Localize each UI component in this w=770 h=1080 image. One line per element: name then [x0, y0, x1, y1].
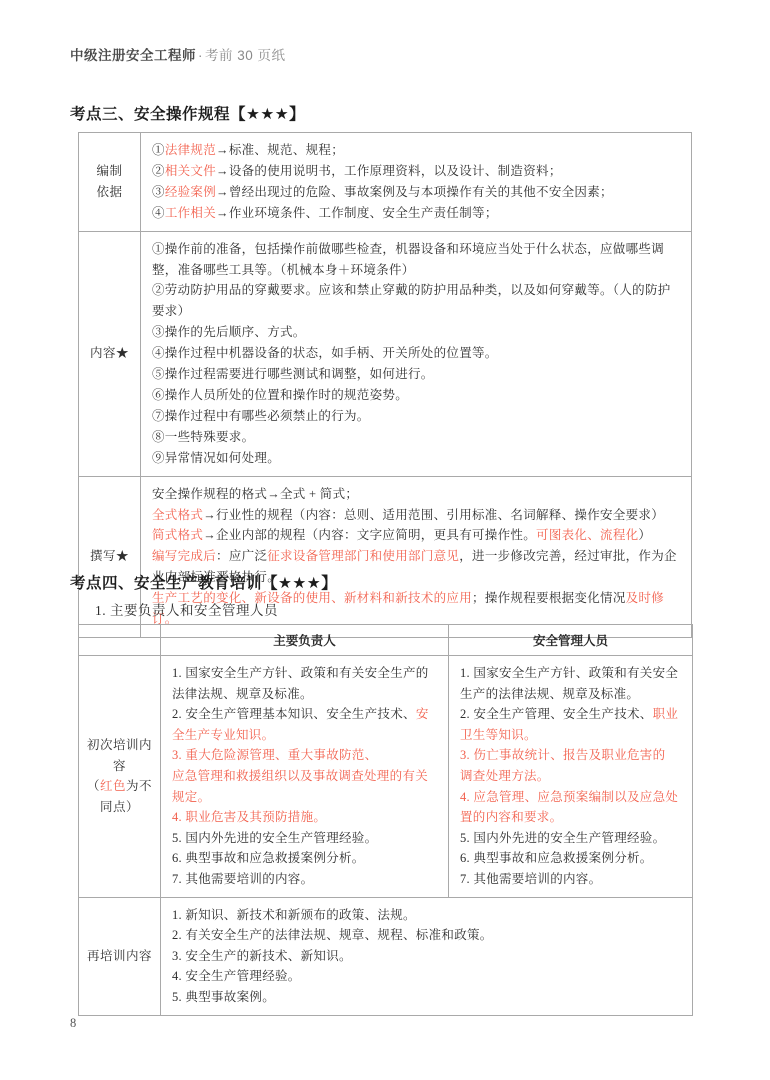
- column-header: [79, 625, 161, 656]
- text-segment: ⑧一些特殊要求。: [152, 430, 254, 444]
- text-segment: ⑤操作过程需要进行哪些测试和调整，如何进行。: [152, 367, 434, 381]
- page-number: 8: [70, 1016, 76, 1031]
- section3-title: 考点三、安全操作规程【★★★】: [70, 102, 305, 124]
- text-line: ④操作过程中机器设备的状态，如手柄、开关所处的位置等。: [152, 343, 681, 364]
- text-segment: →曾经出现过的危险、事故案例及与本项操作有关的其他不安全因素；: [216, 185, 613, 199]
- text-segment: 撰写★: [90, 549, 129, 563]
- text-segment: →标准、规范、规程；: [216, 143, 344, 157]
- text-line: 1. 新知识、新技术和新颁布的政策、法规。: [172, 905, 682, 926]
- red-highlight-text: 调查处理方法。: [460, 769, 550, 783]
- text-line: 5. 国内外先进的安全生产管理经验。: [172, 828, 438, 849]
- table-row: 再培训内容1. 新知识、新技术和新颁布的政策、法规。2. 有关安全生产的法律法规…: [79, 897, 693, 1015]
- safety-operating-rules-table: 编制依据①法律规范→标准、规范、规程；②相关文件→设备的使用说明书，工作原理资料…: [78, 132, 692, 638]
- text-line: 7. 其他需要培训的内容。: [172, 869, 438, 890]
- text-segment: 1. 国家安全生产方针、政策和有关安全生产的法律法规、规章及标准。: [172, 666, 429, 701]
- table-cell: 1. 新知识、新技术和新颁布的政策、法规。2. 有关安全生产的法律法规、规章、规…: [161, 897, 693, 1015]
- text-line: 4. 应急管理、应急预案编制以及应急处置的内容和要求。: [460, 787, 682, 828]
- text-segment: 5. 典型事故案例。: [172, 990, 275, 1004]
- column-header: 安全管理人员: [449, 625, 693, 656]
- text-segment: ③: [152, 185, 165, 199]
- red-highlight-text: 3. 重大危险源管理、重大事故防范、: [172, 748, 377, 762]
- doc-header-title: 中级注册安全工程师: [70, 48, 196, 63]
- text-segment: 2. 安全生产管理基本知识、安全生产技术、: [172, 707, 416, 721]
- section4-title: 考点四、安全生产教育培训【★★★】: [70, 571, 337, 593]
- text-segment: 初次培训内容: [87, 738, 152, 773]
- text-line: ⑦操作过程中有哪些必须禁止的行为。: [152, 406, 681, 427]
- text-line: 3. 安全生产的新技术、新知识。: [172, 946, 682, 967]
- safety-training-table-body: 主要负责人安全管理人员初次培训内容（红色为不同点）1. 国家安全生产方针、政策和…: [79, 625, 693, 1016]
- row-label: 编制依据: [79, 133, 141, 232]
- text-segment: →设备的使用说明书，工作原理资料，以及设计、制造资料；: [216, 164, 562, 178]
- row-label: 初次培训内容（红色为不同点）: [79, 656, 161, 898]
- text-line: 2. 安全生产管理基本知识、安全生产技术、安全生产专业知识。: [172, 704, 438, 745]
- text-line: 应急管理和救援组织以及事故调查处理的有关规定。: [172, 766, 438, 807]
- table-cell: ①法律规范→标准、规范、规程；②相关文件→设备的使用说明书，工作原理资料，以及设…: [141, 133, 692, 232]
- text-segment: ⑦操作过程中有哪些必须禁止的行为。: [152, 409, 370, 423]
- text-segment: ①: [152, 143, 165, 157]
- text-line: 调查处理方法。: [460, 766, 682, 787]
- row-label-line: 撰写★: [81, 546, 138, 567]
- table-row: 内容★①操作前的准备，包括操作前做哪些检查，机器设备和环境应当处于什么状态，应做…: [79, 231, 692, 476]
- text-segment: 编制: [96, 164, 122, 178]
- red-highlight-text: 简式格式: [152, 528, 203, 542]
- table-row: 编制依据①法律规范→标准、规范、规程；②相关文件→设备的使用说明书，工作原理资料…: [79, 133, 692, 232]
- row-label: 内容★: [79, 231, 141, 476]
- table-cell: 1. 国家安全生产方针、政策和有关安全生产的法律法规、规章及标准。2. 安全生产…: [161, 656, 449, 898]
- text-segment: （: [87, 779, 100, 793]
- text-segment: 5. 国内外先进的安全生产管理经验。: [172, 831, 377, 845]
- red-highlight-text: 工作相关: [165, 206, 216, 220]
- red-highlight-text: 征求设备管理部门和使用部门意见: [267, 549, 459, 563]
- text-line: ①法律规范→标准、规范、规程；: [152, 140, 681, 161]
- text-segment: ：应广泛: [216, 549, 267, 563]
- text-line: 6. 典型事故和应急救援案例分析。: [460, 848, 682, 869]
- red-highlight-text: 全式格式: [152, 508, 203, 522]
- row-label-line: （红色为不同点）: [81, 776, 158, 817]
- text-segment: ④: [152, 206, 165, 220]
- row-label-line: 依据: [81, 182, 138, 203]
- text-segment: 7. 其他需要培训的内容。: [172, 872, 313, 886]
- text-segment: 内容★: [90, 346, 129, 360]
- text-line: 2. 安全生产管理、安全生产技术、职业卫生等知识。: [460, 704, 682, 745]
- red-highlight-text: 4. 职业危害及其预防措施。: [172, 810, 326, 824]
- text-line: 5. 国内外先进的安全生产管理经验。: [460, 828, 682, 849]
- text-segment: 1. 国家安全生产方针、政策和有关安全生产的法律法规、规章及标准。: [460, 666, 678, 701]
- safety-operating-rules-table-body: 编制依据①法律规范→标准、规范、规程；②相关文件→设备的使用说明书，工作原理资料…: [79, 133, 692, 638]
- doc-header-subtitle: 考前 30 页纸: [205, 48, 286, 63]
- red-highlight-text: 相关文件: [165, 164, 216, 178]
- text-segment: →行业性的规程（内容：总则、适用范围、引用标准、名词解释、操作安全要求）: [203, 508, 664, 522]
- text-segment: 6. 典型事故和应急救援案例分析。: [172, 851, 365, 865]
- text-segment: 安全操作规程的格式→全式 + 简式；: [152, 487, 358, 501]
- text-line: 5. 典型事故案例。: [172, 987, 682, 1008]
- text-line: 1. 国家安全生产方针、政策和有关安全生产的法律法规、规章及标准。: [172, 663, 438, 704]
- text-segment: 6. 典型事故和应急救援案例分析。: [460, 851, 653, 865]
- safety-training-table: 主要负责人安全管理人员初次培训内容（红色为不同点）1. 国家安全生产方针、政策和…: [78, 624, 693, 1016]
- text-segment: 1. 新知识、新技术和新颁布的政策、法规。: [172, 908, 416, 922]
- text-line: ⑨异常情况如何处理。: [152, 448, 681, 469]
- text-segment: →作业环境条件、工作制度、安全生产责任制等；: [216, 206, 498, 220]
- red-highlight-text: 经验案例: [165, 185, 216, 199]
- table-header-row: 主要负责人安全管理人员: [79, 625, 693, 656]
- text-line: ③经验案例→曾经出现过的危险、事故案例及与本项操作有关的其他不安全因素；: [152, 182, 681, 203]
- table-cell: ①操作前的准备，包括操作前做哪些检查，机器设备和环境应当处于什么状态，应做哪些调…: [141, 231, 692, 476]
- red-highlight-text: 编写完成后: [152, 549, 216, 563]
- doc-header-separator: ·: [198, 48, 203, 63]
- row-label: 再培训内容: [79, 897, 161, 1015]
- row-label-line: 编制: [81, 161, 138, 182]
- text-line: 7. 其他需要培训的内容。: [460, 869, 682, 890]
- red-highlight-text: 可图表化、流程化: [536, 528, 638, 542]
- text-segment: ①操作前的准备，包括操作前做哪些检查，机器设备和环境应当处于什么状态，应做哪些调…: [152, 242, 664, 277]
- text-line: 6. 典型事故和应急救援案例分析。: [172, 848, 438, 869]
- text-segment: 再培训内容: [87, 949, 152, 963]
- text-line: 全式格式→行业性的规程（内容：总则、适用范围、引用标准、名词解释、操作安全要求）: [152, 505, 681, 526]
- text-line: ①操作前的准备，包括操作前做哪些检查，机器设备和环境应当处于什么状态，应做哪些调…: [152, 239, 681, 281]
- row-label-line: 再培训内容: [81, 946, 158, 967]
- text-segment: ⑥操作人员所处的位置和操作时的规范姿势。: [152, 388, 408, 402]
- text-segment: ⑨异常情况如何处理。: [152, 451, 280, 465]
- row-label-line: 初次培训内容: [81, 735, 158, 776]
- text-segment: ③操作的先后顺序、方式。: [152, 325, 306, 339]
- text-line: ⑤操作过程需要进行哪些测试和调整，如何进行。: [152, 364, 681, 385]
- text-line: 4. 安全生产管理经验。: [172, 966, 682, 987]
- red-highlight-text: 应急管理和救援组织以及事故调查处理的有关规定。: [172, 769, 428, 804]
- red-highlight-text: 3. 伤亡事故统计、报告及职业危害的: [460, 748, 665, 762]
- row-label-line: 内容★: [81, 343, 138, 364]
- text-segment: ）: [638, 528, 651, 542]
- text-line: ②劳动防护用品的穿戴要求。应该和禁止穿戴的防护用品种类，以及如何穿戴等。（人的防…: [152, 280, 681, 322]
- text-segment: 5. 国内外先进的安全生产管理经验。: [460, 831, 665, 845]
- text-segment: 7. 其他需要培训的内容。: [460, 872, 601, 886]
- text-line: ④工作相关→作业环境条件、工作制度、安全生产责任制等；: [152, 203, 681, 224]
- text-segment: ④操作过程中机器设备的状态，如手柄、开关所处的位置等。: [152, 346, 498, 360]
- text-line: 3. 伤亡事故统计、报告及职业危害的: [460, 745, 682, 766]
- text-segment: 依据: [96, 185, 122, 199]
- text-line: ⑧一些特殊要求。: [152, 427, 681, 448]
- red-highlight-text: 4. 应急管理、应急预案编制以及应急处置的内容和要求。: [460, 790, 678, 825]
- text-segment: ②劳动防护用品的穿戴要求。应该和禁止穿戴的防护用品种类，以及如何穿戴等。（人的防…: [152, 283, 671, 318]
- text-segment: ②: [152, 164, 165, 178]
- text-segment: ；操作规程要根据变化情况: [472, 591, 626, 605]
- text-line: ③操作的先后顺序、方式。: [152, 322, 681, 343]
- text-segment: →企业内部的规程（内容：文字应简明，更具有可操作性。: [203, 528, 536, 542]
- table-row: 初次培训内容（红色为不同点）1. 国家安全生产方针、政策和有关安全生产的法律法规…: [79, 656, 693, 898]
- text-line: 安全操作规程的格式→全式 + 简式；: [152, 484, 681, 505]
- text-line: 简式格式→企业内部的规程（内容：文字应简明，更具有可操作性。可图表化、流程化）: [152, 525, 681, 546]
- table-cell: 1. 国家安全生产方针、政策和有关安全生产的法律法规、规章及标准。2. 安全生产…: [449, 656, 693, 898]
- text-line: ⑥操作人员所处的位置和操作时的规范姿势。: [152, 385, 681, 406]
- document-page: 中级注册安全工程师·考前 30 页纸 考点三、安全操作规程【★★★】 编制依据①…: [0, 0, 770, 1080]
- text-line: ②相关文件→设备的使用说明书，工作原理资料，以及设计、制造资料；: [152, 161, 681, 182]
- text-segment: 2. 有关安全生产的法律法规、规章、规程、标准和政策。: [172, 928, 493, 942]
- red-highlight-text: 法律规范: [165, 143, 216, 157]
- text-segment: 3. 安全生产的新技术、新知识。: [172, 949, 352, 963]
- text-line: 2. 有关安全生产的法律法规、规章、规程、标准和政策。: [172, 925, 682, 946]
- text-segment: 2. 安全生产管理、安全生产技术、: [460, 707, 653, 721]
- text-line: 1. 国家安全生产方针、政策和有关安全生产的法律法规、规章及标准。: [460, 663, 682, 704]
- section4-subtitle: 1. 主要负责人和安全管理人员: [95, 599, 278, 619]
- text-line: 3. 重大危险源管理、重大事故防范、: [172, 745, 438, 766]
- text-segment: 4. 安全生产管理经验。: [172, 969, 301, 983]
- doc-header: 中级注册安全工程师·考前 30 页纸: [70, 44, 286, 64]
- column-header: 主要负责人: [161, 625, 449, 656]
- red-highlight-text: 红色: [100, 779, 126, 793]
- text-line: 4. 职业危害及其预防措施。: [172, 807, 438, 828]
